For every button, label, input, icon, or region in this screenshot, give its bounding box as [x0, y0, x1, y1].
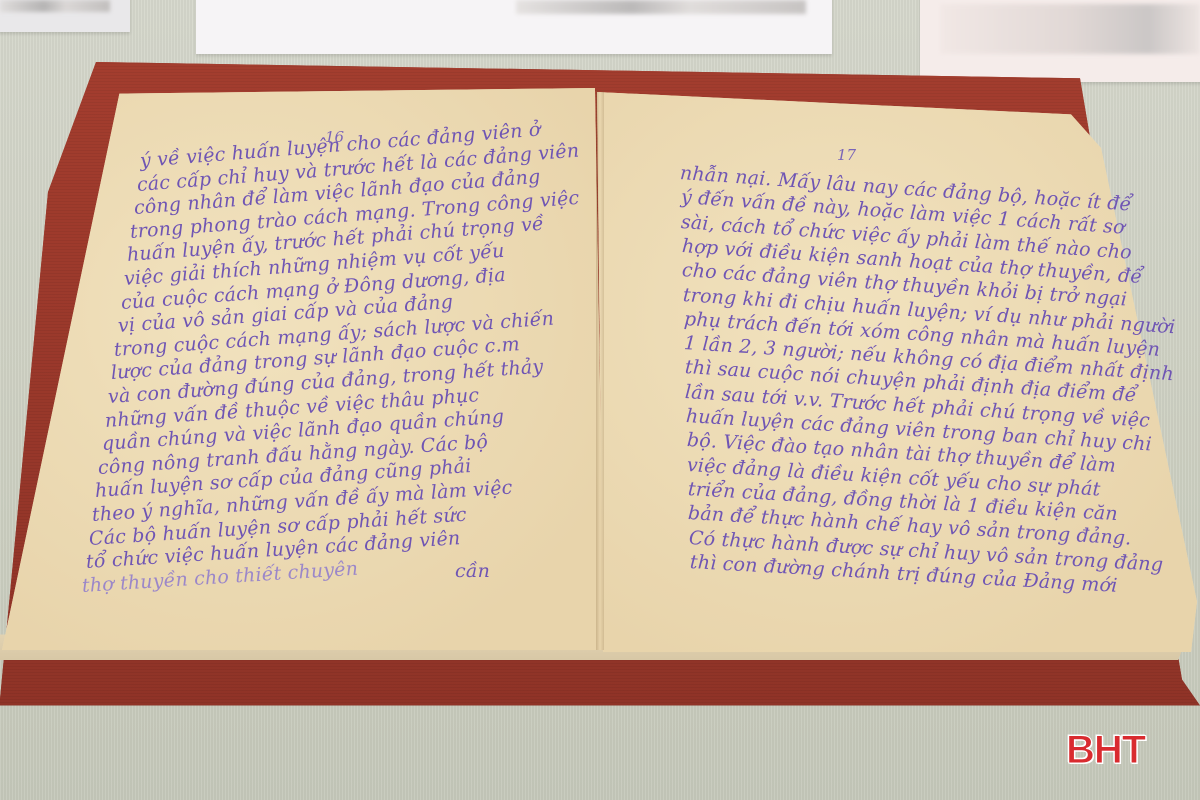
photo-print-right	[920, 0, 1200, 82]
left-margin-word: cần	[455, 560, 490, 582]
photo-print-center	[196, 0, 832, 54]
bht-watermark-logo: BHT	[1066, 728, 1145, 773]
photo-print-left	[0, 0, 130, 32]
right-page-number: 17	[837, 146, 856, 164]
book-gutter	[596, 90, 604, 650]
